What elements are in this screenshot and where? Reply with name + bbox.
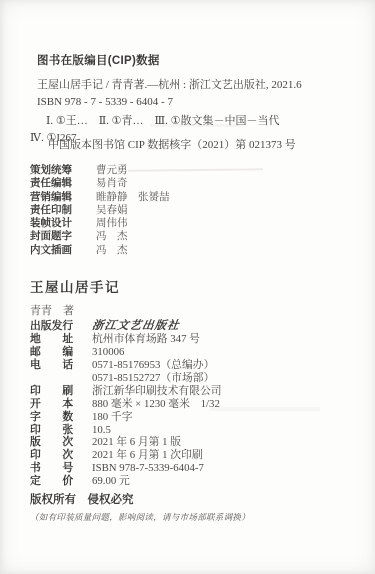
credit-row: 装帧设计 周伟伟	[30, 215, 170, 228]
publication-info-row: 书 号 ISBN 978-7-5339-6404-7	[30, 462, 222, 475]
credit-person-name: 睢静静 张赟喆	[96, 192, 170, 203]
copyright-block: 版权所有 侵权必究 （如有印装质量问题，影响阅读，请与市场部联系调换）	[30, 491, 250, 523]
publication-field-value: 0571-85152727（市场部）	[92, 372, 214, 385]
credit-row: 内文插画 冯 杰	[30, 242, 170, 255]
publication-info-row: 0571-85152727（市场部）	[30, 372, 222, 385]
cip-data-block: 图书在版编目(CIP)数据 王屋山居手记 / 青青著.—杭州 : 浙江文艺出版社…	[37, 52, 357, 147]
publication-field-label: 书 号	[30, 462, 80, 475]
publication-info-list: 出版发行 浙江文艺出版社 地 址 杭州市体育场路 347 号 邮 编 31000…	[30, 320, 222, 488]
cip-record-number: 中国版本图书馆 CIP 数据核字（2021）第 021373 号	[48, 136, 296, 152]
publication-info-row: 邮 编 310006	[30, 346, 222, 359]
publication-field-label: 邮 编	[30, 346, 80, 359]
publication-field-value: 180 千字	[92, 411, 133, 424]
copyright-exchange-note: （如有印装质量问题，影响阅读，请与市场部联系调换）	[30, 511, 250, 523]
publication-field-label: 开 本	[30, 398, 80, 411]
credit-person-name: 冯 杰	[96, 231, 128, 242]
book-title: 王屋山居手记	[30, 276, 120, 296]
publication-info-row: 定 价 69.00 元	[30, 475, 222, 488]
publication-field-value: 0571-85176953（总编办）	[92, 359, 214, 372]
copyright-notice: 版权所有 侵权必究	[30, 491, 250, 507]
publication-field-label: 地 址	[30, 333, 80, 346]
publication-info-row: 电 话 0571-85176953（总编办）	[30, 359, 222, 372]
book-title-block: 王屋山居手记 青青 著	[30, 276, 120, 318]
publication-info-row: 印 次 2021 年 6 月第 1 次印刷	[30, 449, 222, 462]
publication-field-value: 310006	[92, 346, 124, 359]
publication-field-label: 出版发行	[30, 320, 80, 333]
publication-field-value: 2021 年 6 月第 1 次印刷	[92, 449, 203, 462]
publication-field-label	[30, 372, 80, 385]
credit-person-name: 冯 杰	[96, 245, 128, 256]
publication-info-row: 印 刷 浙江新华印刷技术有限公司	[30, 385, 222, 398]
publication-field-value: 10.5	[92, 424, 111, 437]
publication-info-row: 开 本 880 毫米 × 1230 毫米 1/32	[30, 398, 222, 411]
credit-row: 策划统筹 曹元勇	[30, 162, 170, 175]
staff-credits-list: 策划统筹 曹元勇 责任编辑 易肖奇 营销编辑 睢静静 张赟喆 责任印制 吴春娟 …	[30, 162, 170, 255]
publication-field-value: 880 毫米 × 1230 毫米 1/32	[92, 398, 220, 411]
cip-isbn-line: ISBN 978 - 7 - 5339 - 6404 - 7	[37, 94, 357, 111]
credit-row: 责任编辑 易肖奇	[30, 175, 170, 188]
publication-info-row: 版 次 2021 年 6 月第 1 版	[30, 436, 222, 449]
publication-field-value: 杭州市体育场路 347 号	[92, 333, 200, 346]
credit-row: 封面题字 冯 杰	[30, 228, 170, 241]
cip-title-line: 王屋山居手记 / 青青著.—杭州 : 浙江文艺出版社, 2021.6	[37, 77, 357, 94]
credit-person-name: 易肖奇	[96, 178, 128, 189]
publication-field-label: 电 话	[30, 359, 80, 372]
publication-info-row: 出版发行 浙江文艺出版社	[30, 320, 222, 333]
book-author: 青青 著	[30, 302, 120, 318]
credit-row: 责任印制 吴春娟	[30, 202, 170, 215]
credit-row: 营销编辑 睢静静 张赟喆	[30, 189, 170, 202]
publication-field-value: 浙江文艺出版社	[91, 320, 180, 333]
publication-info-row: 字 数 180 千字	[30, 411, 222, 424]
publication-info-row: 地 址 杭州市体育场路 347 号	[30, 333, 222, 346]
credit-role-label: 内文插画	[30, 244, 76, 257]
publication-field-value: 浙江新华印刷技术有限公司	[92, 385, 222, 398]
cip-classification-line: Ⅰ. ①王… Ⅱ. ①青… Ⅲ. ①散文集－中国－当代	[46, 113, 357, 130]
scan-artifact-smudge	[210, 407, 320, 411]
publication-field-label: 定 价	[30, 475, 80, 488]
publication-field-label: 印 刷	[30, 385, 80, 398]
publication-field-label: 版 次	[30, 436, 80, 449]
book-copyright-page: 图书在版编目(CIP)数据 王屋山居手记 / 青青著.—杭州 : 浙江文艺出版社…	[0, 0, 375, 574]
cip-heading: 图书在版编目(CIP)数据	[37, 52, 357, 68]
publication-field-value: 2021 年 6 月第 1 版	[92, 436, 181, 449]
publication-field-label: 印 张	[30, 424, 80, 437]
publication-field-label: 字 数	[30, 411, 80, 424]
publication-field-label: 印 次	[30, 449, 80, 462]
publication-field-value: ISBN 978-7-5339-6404-7	[92, 462, 204, 475]
publication-info-row: 印 张 10.5	[30, 424, 222, 437]
publication-field-value: 69.00 元	[92, 475, 130, 488]
